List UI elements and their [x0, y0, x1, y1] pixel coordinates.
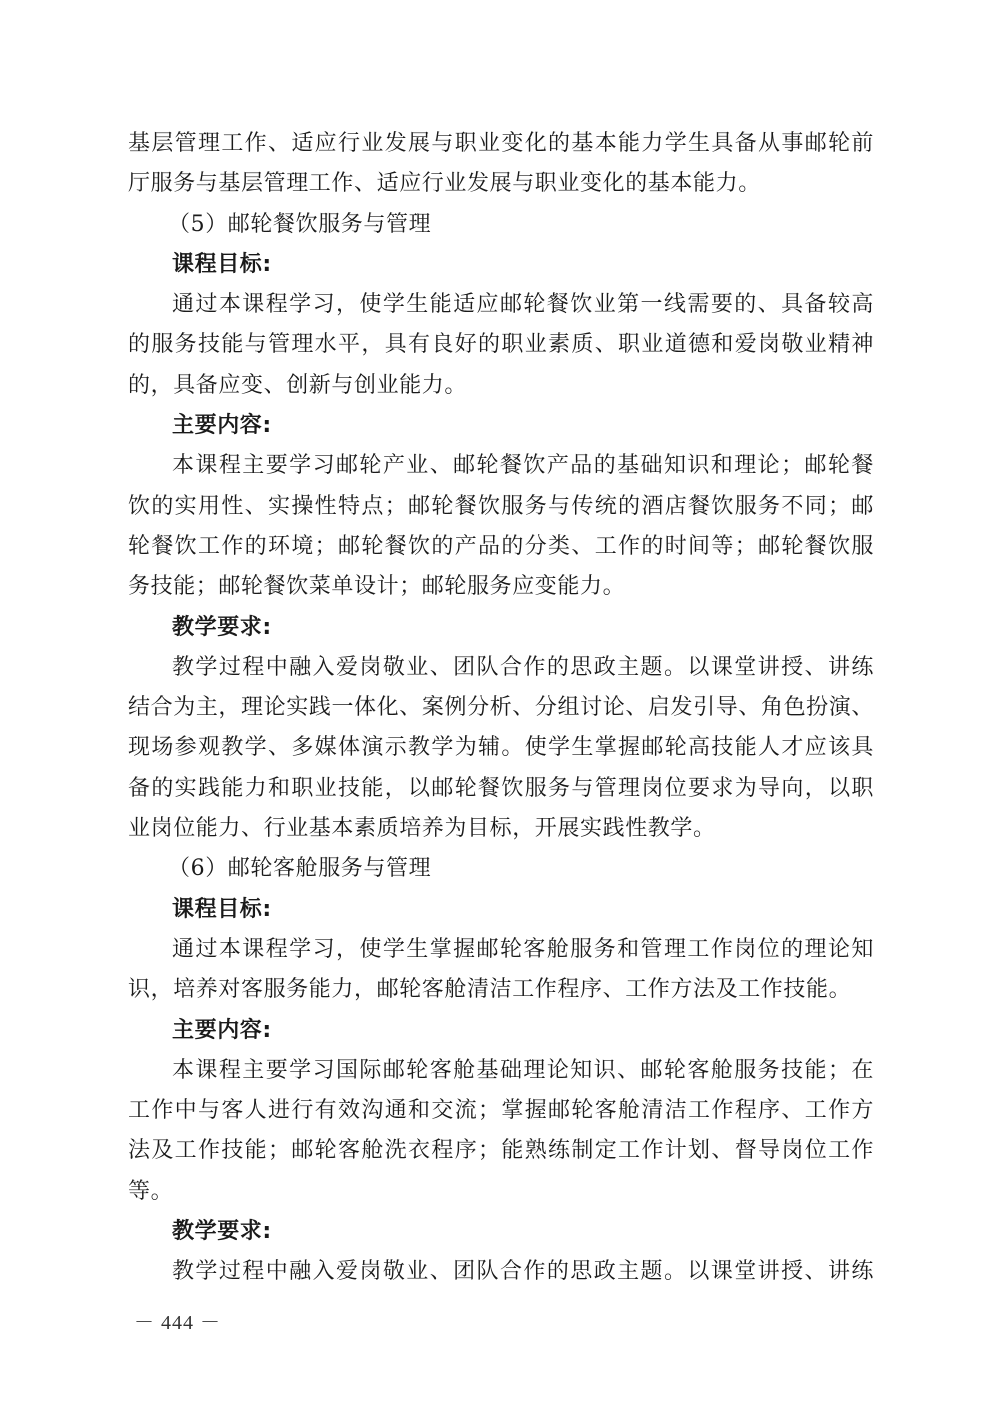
document-page: 基层管理工作、适应行业发展与职业变化的基本能力学生具备从事邮轮前 厅服务与基层管…: [128, 124, 874, 1293]
body-text-line: 通过本课程学习，使学生掌握邮轮客舱服务和管理工作岗位的理论知: [128, 930, 874, 970]
section-title-6: （6）邮轮客舱服务与管理: [128, 849, 874, 889]
body-text-line: 的，具备应变、创新与创业能力。: [128, 366, 874, 406]
body-text-line: 教学过程中融入爱岗敬业、团队合作的思政主题。以课堂讲授、讲练: [128, 648, 874, 688]
page-number: － 444 －: [134, 1306, 221, 1335]
heading-main-content: 主要内容:: [128, 406, 874, 446]
body-text-line: 通过本课程学习，使学生能适应邮轮餐饮业第一线需要的、具备较高: [128, 285, 874, 325]
heading-course-objective: 课程目标:: [128, 890, 874, 930]
heading-teaching-requirements: 教学要求:: [128, 1212, 874, 1252]
heading-main-content: 主要内容:: [128, 1011, 874, 1051]
body-text-line: 饮的实用性、实操性特点；邮轮餐饮服务与传统的酒店餐饮服务不同；邮: [128, 487, 874, 527]
body-text-line: 工作中与客人进行有效沟通和交流；掌握邮轮客舱清洁工作程序、工作方: [128, 1091, 874, 1131]
body-text-line: 识，培养对客服务能力，邮轮客舱清洁工作程序、工作方法及工作技能。: [128, 970, 874, 1010]
body-text-line: 业岗位能力、行业基本素质培养为目标，开展实践性教学。: [128, 809, 874, 849]
body-text-line: 现场参观教学、多媒体演示教学为辅。使学生掌握邮轮高技能人才应该具: [128, 728, 874, 768]
heading-course-objective: 课程目标:: [128, 245, 874, 285]
body-text-line: 法及工作技能；邮轮客舱洗衣程序；能熟练制定工作计划、督导岗位工作: [128, 1131, 874, 1171]
body-text-line: 本课程主要学习国际邮轮客舱基础理论知识、邮轮客舱服务技能；在: [128, 1051, 874, 1091]
body-text-line: 轮餐饮工作的环境；邮轮餐饮的产品的分类、工作的时间等；邮轮餐饮服: [128, 527, 874, 567]
body-text-line: 等。: [128, 1172, 874, 1212]
body-text-line: 本课程主要学习邮轮产业、邮轮餐饮产品的基础知识和理论；邮轮餐: [128, 446, 874, 486]
body-text-line: 基层管理工作、适应行业发展与职业变化的基本能力学生具备从事邮轮前: [128, 124, 874, 164]
body-text-line: 厅服务与基层管理工作、适应行业发展与职业变化的基本能力。: [128, 164, 874, 204]
body-text-line: 结合为主，理论实践一体化、案例分析、分组讨论、启发引导、角色扮演、: [128, 688, 874, 728]
section-title-5: （5）邮轮餐饮服务与管理: [128, 205, 874, 245]
heading-teaching-requirements: 教学要求:: [128, 608, 874, 648]
body-text-line: 教学过程中融入爱岗敬业、团队合作的思政主题。以课堂讲授、讲练: [128, 1252, 874, 1292]
body-text-line: 备的实践能力和职业技能，以邮轮餐饮服务与管理岗位要求为导向，以职: [128, 769, 874, 809]
body-text-line: 的服务技能与管理水平，具有良好的职业素质、职业道德和爱岗敬业精神: [128, 325, 874, 365]
body-text-line: 务技能；邮轮餐饮菜单设计；邮轮服务应变能力。: [128, 567, 874, 607]
